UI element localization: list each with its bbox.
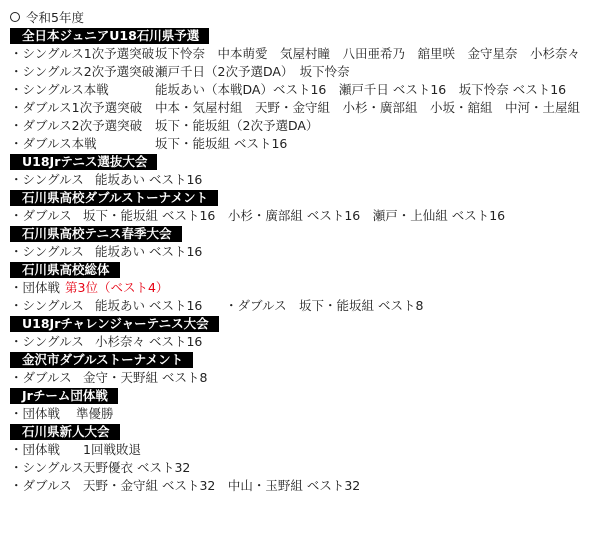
result-row: ・シングルス小杉奈々 ベスト16 [10,333,592,351]
row-value: 小杉奈々 ベスト16 [95,333,202,351]
row-label: ・シングルス [10,243,84,261]
row-value: 坂下・能坂組 ベスト16 小杉・廣部組 ベスト16 瀬戸・上仙組 ベスト16 [83,207,505,225]
row-value: 準優勝 [76,405,114,423]
row-value: 天野優衣 ベスト32 [83,459,190,477]
row-value: 坂下・能坂組 ベスト8 [299,297,423,315]
result-row: ・シングルス能坂あい ベスト16 [10,171,592,189]
result-row: ・シングルス1次予選突破坂下怜奈 中本萌愛 気屋村瞳 八田亜希乃 舘里咲 金守星… [10,45,592,63]
row-label: ・シングルス本戦 [10,81,109,99]
section-heading: 石川県新人大会 [10,424,120,440]
section-heading: Jrチーム団体戦 [10,388,118,404]
result-row: ・ダブルス2次予選突破坂下・能坂組（2次予選DA） [10,117,592,135]
row-label: ・ダブルス [10,477,72,495]
row-value: 能坂あい ベスト16 [95,297,202,315]
row-value: 中本・気屋村組 天野・金守組 小杉・廣部組 小坂・舘組 中河・土屋組 [155,99,580,117]
row-label: ・ダブルス [10,207,72,225]
section-heading: 石川県高校テニス春季大会 [10,226,182,242]
section-heading: U18Jrチャレンジャーテニス大会 [10,316,219,332]
team-result-highlight: 第3位（ベスト4） [65,279,168,297]
result-row: ・シングルス本戦能坂あい（本戦DA）ベスト16 瀬戸千日 ベスト16 坂下怜奈 … [10,81,592,99]
section-heading: 石川県高校総体 [10,262,120,278]
section-heading: U18Jrテニス選抜大会 [10,154,157,170]
result-row: ・団体戦準優勝 [10,405,592,423]
result-row: ・団体戦1回戦敗退 [10,441,592,459]
row-value: 坂下怜奈 中本萌愛 気屋村瞳 八田亜希乃 舘里咲 金守星奈 小杉奈々 [155,45,580,63]
fiscal-year-heading: 令和5年度 [10,9,592,27]
row-label: ・シングルス2次予選突破 [10,63,154,81]
circle-bullet-icon [10,12,20,22]
row-value: 瀬戸千日（2次予選DA） 坂下怜奈 [155,63,350,81]
row-label: ・ダブルス1次予選突破 [10,99,142,117]
row-value: 天野・金守組 ベスト32 中山・玉野組 ベスト32 [83,477,360,495]
year-label: 令和5年度 [26,10,84,25]
result-row: ・シングルス天野優衣 ベスト32 [10,459,592,477]
row-label: ・団体戦 [10,405,60,423]
result-row: ・シングルス能坂あい ベスト16・ダブルス坂下・能坂組 ベスト8 [10,297,592,315]
row-value: 能坂あい ベスト16 [95,243,202,261]
row-value: 金守・天野組 ベスト8 [83,369,207,387]
results-document: 令和5年度 全日本ジュニアU18石川県予選 ・シングルス1次予選突破坂下怜奈 中… [0,0,592,495]
section-heading: 石川県高校ダブルストーナメント [10,190,218,206]
result-row: ・ダブルス金守・天野組 ベスト8 [10,369,592,387]
row-label: ・団体戦 [10,441,60,459]
result-row: ・シングルス2次予選突破瀬戸千日（2次予選DA） 坂下怜奈 [10,63,592,81]
row-label: ・シングルス [10,459,84,477]
result-row: ・ダブルス1次予選突破中本・気屋村組 天野・金守組 小杉・廣部組 小坂・舘組 中… [10,99,592,117]
row-label: ・ダブルス [225,297,287,315]
section-heading: 全日本ジュニアU18石川県予選 [10,28,209,44]
result-row: ・ダブルス坂下・能坂組 ベスト16 小杉・廣部組 ベスト16 瀬戸・上仙組 ベス… [10,207,592,225]
row-value: 坂下・能坂組（2次予選DA） [155,117,318,135]
row-label: ・シングルス1次予選突破 [10,45,154,63]
result-row: ・団体戦第3位（ベスト4） [10,279,592,297]
row-value: 1回戦敗退 [83,441,141,459]
result-row: ・ダブルス天野・金守組 ベスト32 中山・玉野組 ベスト32 [10,477,592,495]
row-label: ・シングルス [10,297,84,315]
result-row: ・ダブルス本戦坂下・能坂組 ベスト16 [10,135,592,153]
row-value: 能坂あい ベスト16 [95,171,202,189]
row-value: 能坂あい（本戦DA）ベスト16 瀬戸千日 ベスト16 坂下怜奈 ベスト16 [155,81,566,99]
row-label: ・シングルス [10,333,84,351]
row-label: ・ダブルス本戦 [10,135,97,153]
row-value: 坂下・能坂組 ベスト16 [155,135,287,153]
row-label: ・シングルス [10,171,84,189]
row-label: ・ダブルス2次予選突破 [10,117,142,135]
row-label: ・団体戦 [10,279,60,297]
result-row: ・シングルス能坂あい ベスト16 [10,243,592,261]
row-label: ・ダブルス [10,369,72,387]
section-heading: 金沢市ダブルストーナメント [10,352,193,368]
